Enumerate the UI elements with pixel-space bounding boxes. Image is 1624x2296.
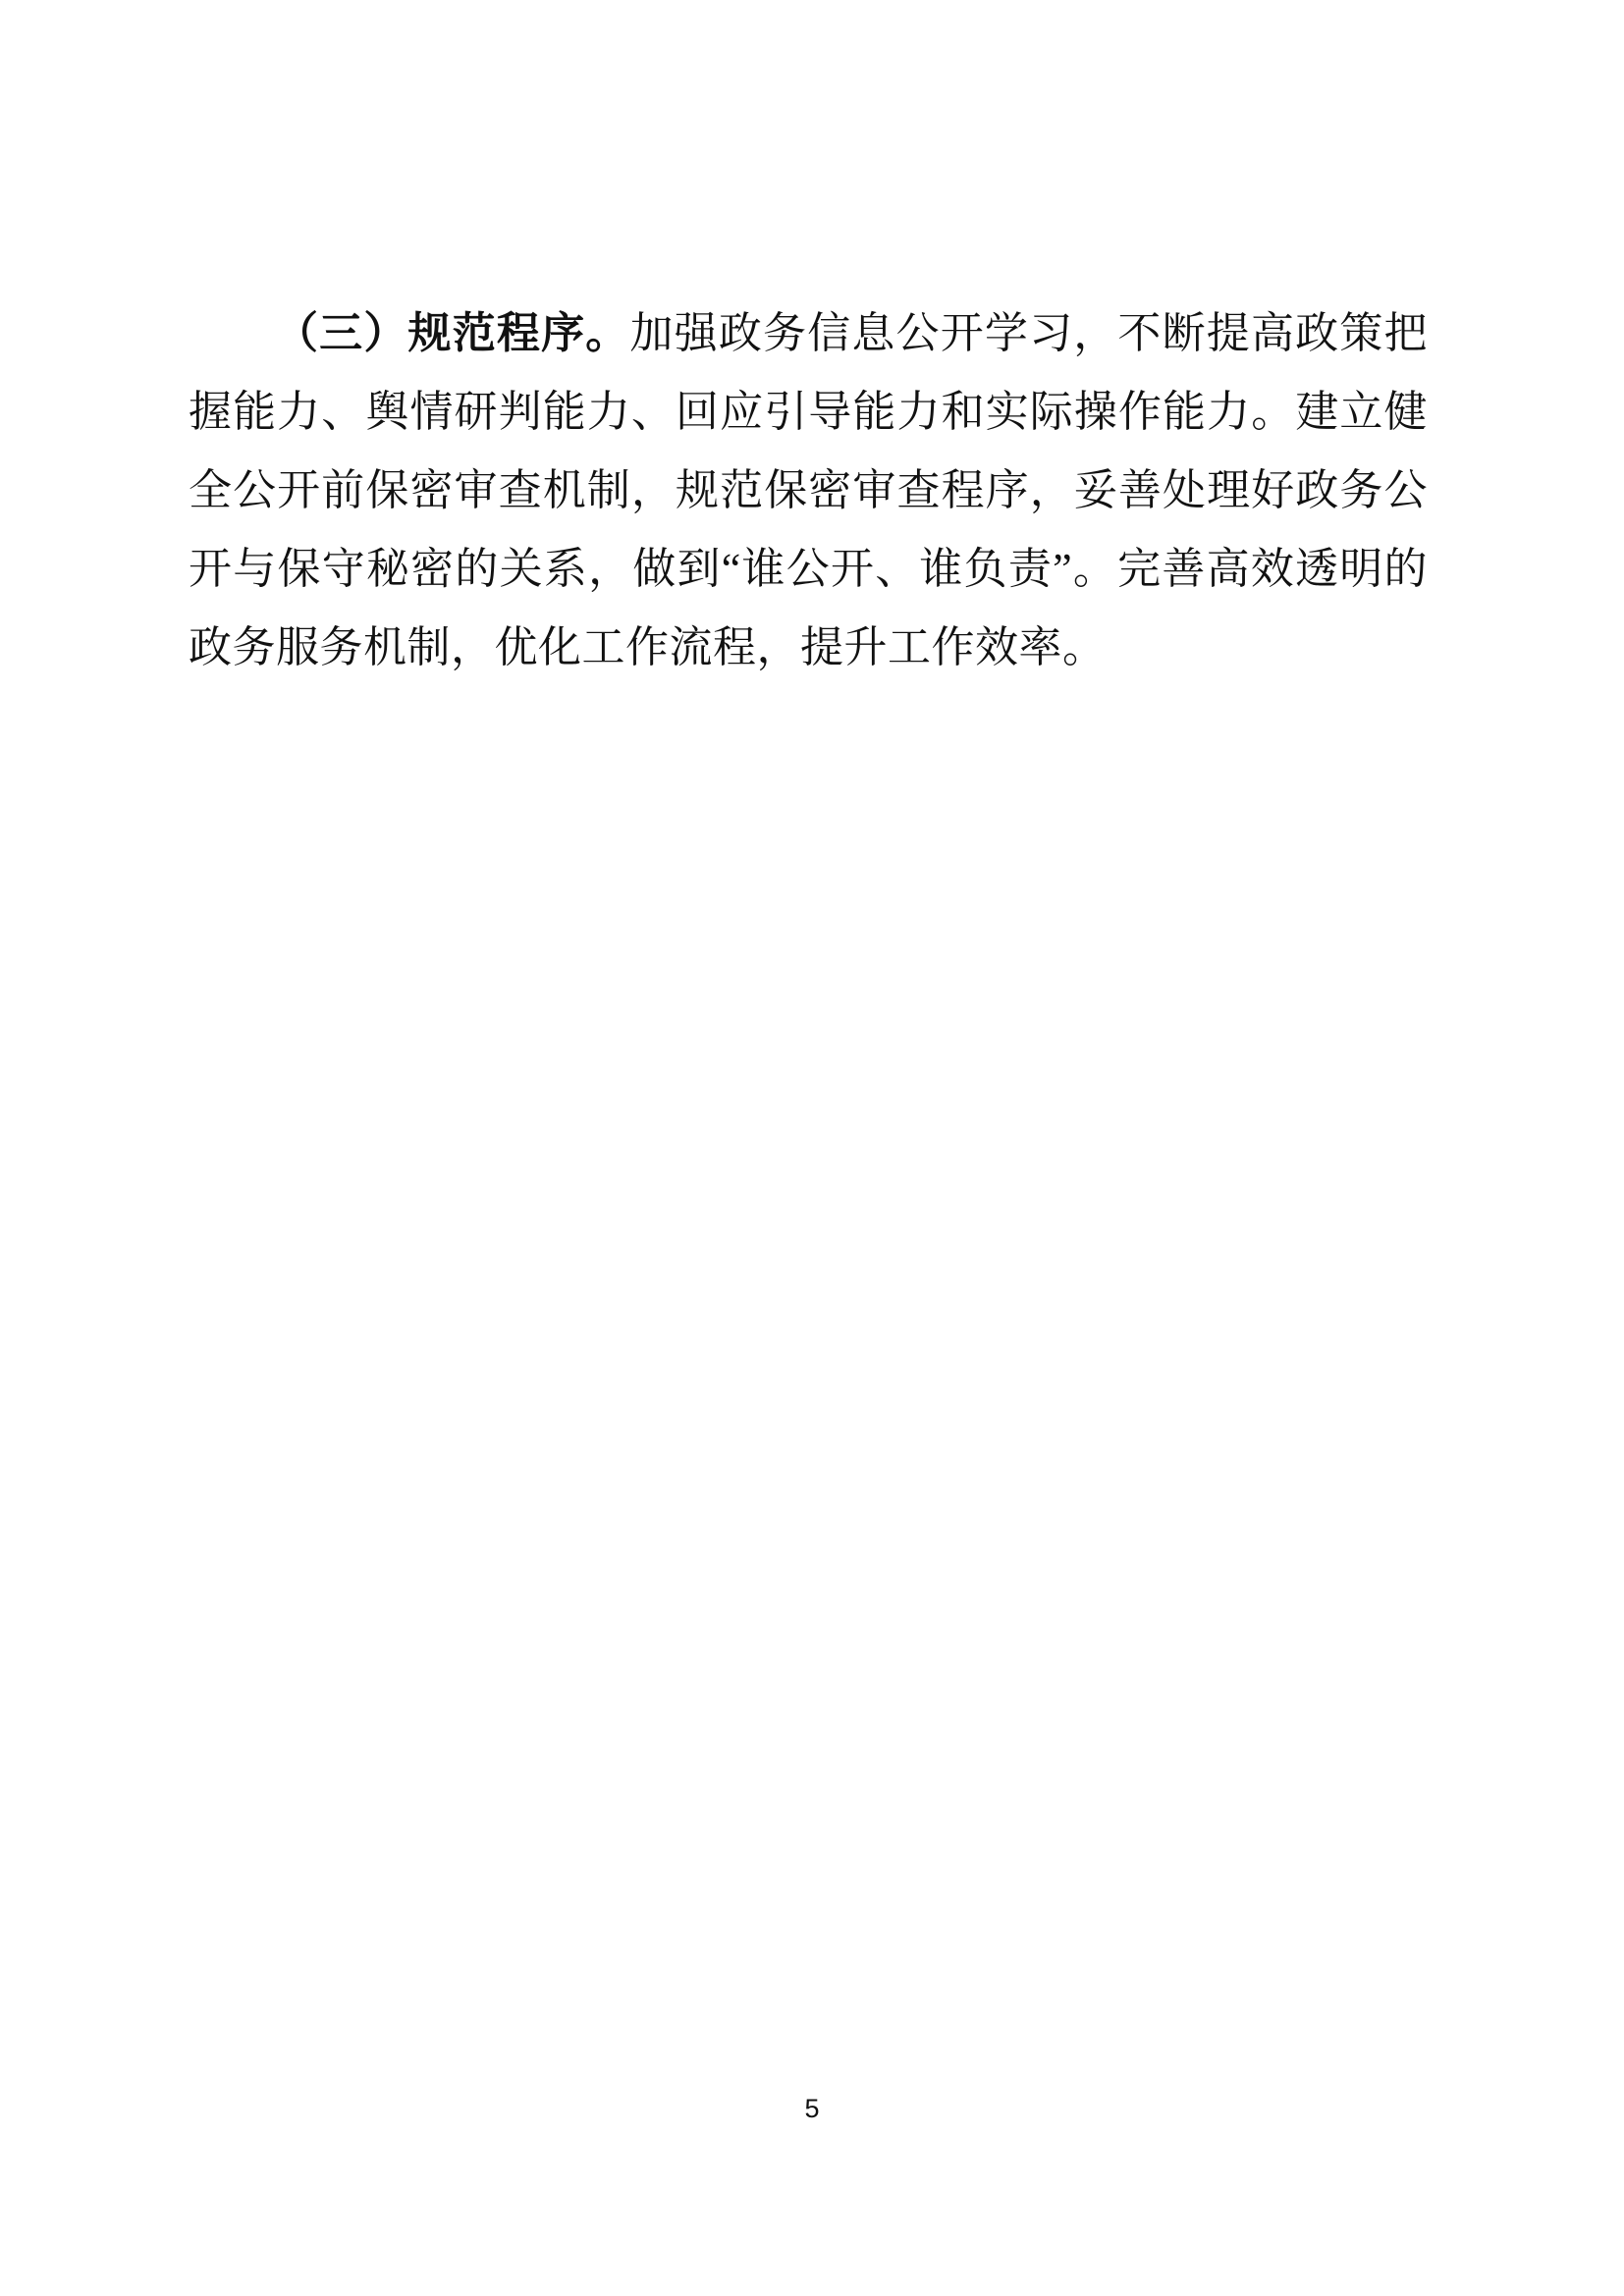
page-number: 5: [804, 2094, 819, 2123]
document-page: （三）规范程序。加强政务信息公开学习，不断提高政策把握能力、舆情研判能力、回应引…: [0, 0, 1624, 2296]
paragraph-heading: （三）规范程序。: [275, 309, 629, 357]
page-footer: 5: [0, 2091, 1624, 2126]
paragraph: （三）规范程序。加强政务信息公开学习，不断提高政策把握能力、舆情研判能力、回应引…: [189, 294, 1428, 687]
paragraph-body: 加强政务信息公开学习，不断提高政策把握能力、舆情研判能力、回应引导能力和实际操作…: [189, 309, 1428, 671]
document-content: （三）规范程序。加强政务信息公开学习，不断提高政策把握能力、舆情研判能力、回应引…: [189, 294, 1428, 687]
